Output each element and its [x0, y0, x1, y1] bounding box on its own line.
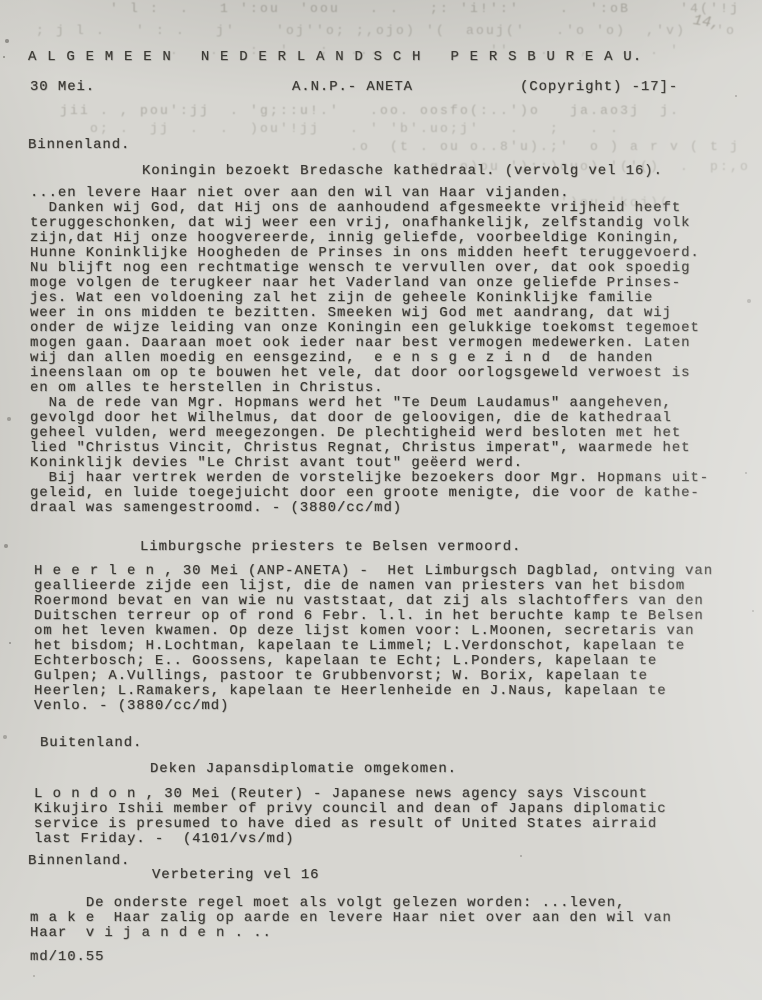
- copyright-page-number: (Copyright) -17]-: [520, 80, 678, 95]
- article-heading-koningin: Koningin bezoekt Bredasche kathedraal. (…: [142, 164, 663, 179]
- section-label-binnenland: Binnenland.: [28, 138, 130, 153]
- article-body-japan: L o n d o n , 30 Mei (Reuter) - Japanese…: [34, 787, 734, 847]
- bleedthrough-noise: .o (t . ou o..8'u).;' o ) a r v ( t j ': [330, 140, 750, 154]
- bleedthrough-noise: o; . jj . . )ou'!jj . ' 'b'.uo;j' . ; . …: [90, 122, 730, 136]
- scan-speck-artifacts: [0, 0, 2, 2]
- article-body-verbetering: De onderste regel moet als volgt gelezen…: [30, 896, 736, 941]
- scanned-document-page: ' l : . 1 ':ou 'oou . . ;: 'i!':' . ':oB…: [0, 0, 762, 1000]
- article-body-koningin: ...en levere Haar niet over aan den wil …: [30, 186, 730, 516]
- agency-credit: A.N.P.- ANETA: [292, 80, 413, 95]
- agency-title: A L G E M E E N N E D E R L A N D S C H …: [28, 50, 643, 65]
- pencil-corner-mark: 14,: [692, 12, 721, 33]
- bleedthrough-noise: ; j l . ' : . j' 'oj''o; ;,ojo) '( aouj(…: [36, 24, 736, 38]
- section-label-binnenland-2: Binnenland.: [28, 854, 130, 869]
- section-label-buitenland: Buitenland.: [40, 736, 142, 751]
- bleedthrough-noise: ' l : . 1 ':ou 'oou . . ;: 'i!':' . ':oB…: [110, 2, 740, 16]
- article-heading-verbetering: Verbetering vel 16: [152, 868, 319, 883]
- article-heading-japan: Deken Japansdiplomatie omgekomen.: [150, 762, 457, 777]
- article-body-belsen: H e e r l e n , 30 Mei (ANP-ANETA) - Het…: [34, 564, 740, 714]
- bulletin-date: 30 Mei.: [30, 80, 95, 95]
- typist-reference: md/10.55: [30, 950, 104, 965]
- bleedthrough-noise: jii . , pou':jj . 'g;::u!.' .oo. oosfo(:…: [60, 104, 720, 118]
- article-heading-belsen: Limburgsche priesters te Belsen vermoord…: [140, 540, 521, 555]
